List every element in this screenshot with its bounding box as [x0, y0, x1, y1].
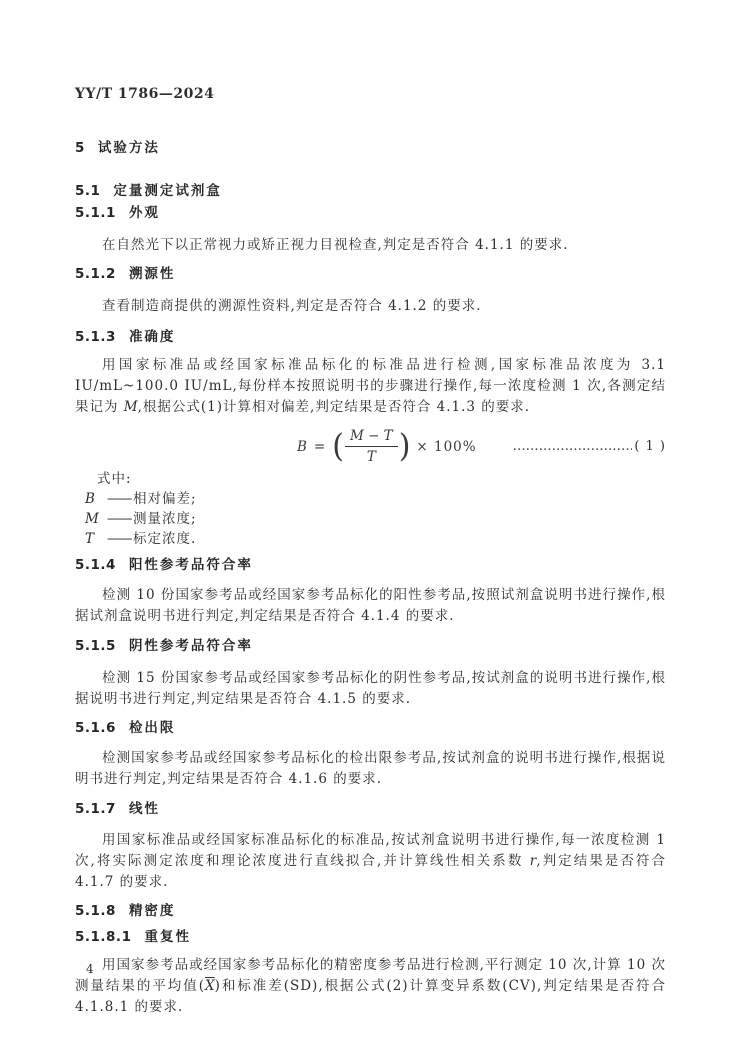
section-title: 溯源性: [129, 266, 176, 283]
fraction: M − T T: [345, 428, 398, 465]
section-number: 5.1.1: [75, 205, 116, 222]
section-number: 5.1.5: [75, 638, 116, 655]
section-heading-5-1-2: 5.1.2 溯源性: [75, 266, 666, 283]
formula-expression: B = ( M − T T ) × 100%: [297, 428, 477, 465]
document-page: YY/T 1786—2024 5 试验方法 5.1 定量测定试剂盒 5.1.1 …: [0, 0, 738, 1049]
section-number: 5.1: [75, 183, 100, 200]
section-heading-5-1-1: 5.1.1 外观: [75, 205, 666, 222]
paragraph-5-1-5: 检测 15 份国家参考品或经国家参考品标化的阴性参考品,按试剂盒的说明书进行操作…: [75, 668, 666, 710]
section-heading-5-1-3: 5.1.3 准确度: [75, 329, 666, 346]
variable-x-bar: X: [205, 978, 215, 994]
section-number: 5: [75, 140, 85, 157]
paragraph-5-1-7: 用国家标准品或经国家标准品标化的标准品,按试剂盒说明书进行操作,每一浓度检测 1…: [75, 830, 666, 893]
standard-code-header: YY/T 1786—2024: [75, 86, 666, 103]
section-title: 试验方法: [98, 140, 160, 157]
section-heading-5-1-5: 5.1.5 阴性参考品符合率: [75, 638, 666, 655]
section-number: 5.1.3: [75, 329, 116, 346]
section-number: 5.1.8: [75, 903, 116, 920]
legend-desc: 相对偏差;: [133, 489, 197, 509]
legend-symbol: T: [85, 529, 99, 549]
legend-desc: 测量浓度;: [133, 509, 197, 529]
section-title: 准确度: [129, 329, 176, 346]
legend-label: 式中:: [97, 469, 666, 489]
section-heading-5-1-4: 5.1.4 阳性参考品符合率: [75, 557, 666, 574]
formula-lhs: B: [297, 439, 307, 455]
section-heading-5-1-8: 5.1.8 精密度: [75, 903, 666, 920]
legend-symbol: B: [85, 489, 99, 509]
paragraph-5-1-8-1: 用国家参考品或经国家参考品标化的精密度参考品进行检测,平行测定 10 次,计算 …: [75, 955, 666, 1018]
legend-item-B: B —— 相对偏差;: [85, 489, 666, 509]
left-paren: (: [332, 431, 344, 463]
section-number: 5.1.8.1: [75, 929, 131, 946]
legend-dash: ——: [107, 489, 131, 509]
legend-dash: ——: [107, 529, 131, 549]
right-paren: ): [399, 431, 411, 463]
equation-number: ( 1 ): [634, 439, 666, 454]
section-heading-5: 5 试验方法: [75, 140, 666, 157]
fraction-numerator: M − T: [345, 428, 398, 447]
section-title: 外观: [129, 205, 160, 222]
section-heading-5-1-6: 5.1.6 检出限: [75, 720, 666, 737]
section-title: 阳性参考品符合率: [129, 557, 253, 574]
page-number: 4: [86, 962, 94, 976]
section-number: 5.1.4: [75, 557, 116, 574]
formula-1: B = ( M − T T ) × 100% …………………………………… ( …: [75, 428, 666, 465]
section-heading-5-1: 5.1 定量测定试剂盒: [75, 183, 666, 200]
paragraph-5-1-6: 检测国家参考品或经国家参考品标化的检出限参考品,按试剂盒的说明书进行操作,根据说…: [75, 748, 666, 790]
legend-desc: 标定浓度.: [133, 529, 196, 549]
page-content: YY/T 1786—2024 5 试验方法 5.1 定量测定试剂盒 5.1.1 …: [75, 86, 666, 1018]
section-number: 5.1.7: [75, 801, 116, 818]
section-title: 线性: [129, 801, 160, 818]
fraction-denominator: T: [345, 447, 398, 465]
formula-multiplier: × 100%: [416, 439, 476, 455]
section-title: 重复性: [144, 929, 191, 946]
paragraph-5-1-4: 检测 10 份国家参考品或经国家参考品标化的阳性参考品,按照试剂盒说明书进行操作…: [75, 585, 666, 627]
legend-dash: ——: [107, 509, 131, 529]
section-number: 5.1.6: [75, 720, 116, 737]
section-heading-5-1-7: 5.1.7 线性: [75, 801, 666, 818]
section-heading-5-1-8-1: 5.1.8.1 重复性: [75, 929, 666, 946]
paragraph-text: ,根据公式(1)计算相对偏差,判定结果是否符合 4.1.3 的要求.: [138, 399, 530, 415]
paragraph-5-1-1: 在自然光下以正常视力或矫正视力目视检查,判定是否符合 4.1.1 的要求.: [75, 235, 666, 256]
equals-sign: =: [314, 439, 325, 455]
paragraph-5-1-3: 用国家标准品或经国家标准品标化的标准品进行检测,国家标准品浓度为 3.1 IU/…: [75, 355, 666, 418]
section-title: 检出限: [129, 720, 176, 737]
section-title: 定量测定试剂盒: [113, 183, 222, 200]
legend-item-M: M —— 测量浓度;: [85, 509, 666, 529]
paragraph-5-1-2: 查看制造商提供的溯源性资料,判定是否符合 4.1.2 的要求.: [75, 296, 666, 317]
variable-M: M: [124, 399, 138, 415]
section-title: 精密度: [129, 903, 176, 920]
dot-leader: ……………………………………: [513, 439, 633, 454]
legend-symbol: M: [85, 509, 99, 529]
formula-legend: 式中: B —— 相对偏差; M —— 测量浓度; T —— 标定浓度.: [75, 469, 666, 549]
section-number: 5.1.2: [75, 266, 116, 283]
legend-item-T: T —— 标定浓度.: [85, 529, 666, 549]
section-title: 阴性参考品符合率: [129, 638, 253, 655]
